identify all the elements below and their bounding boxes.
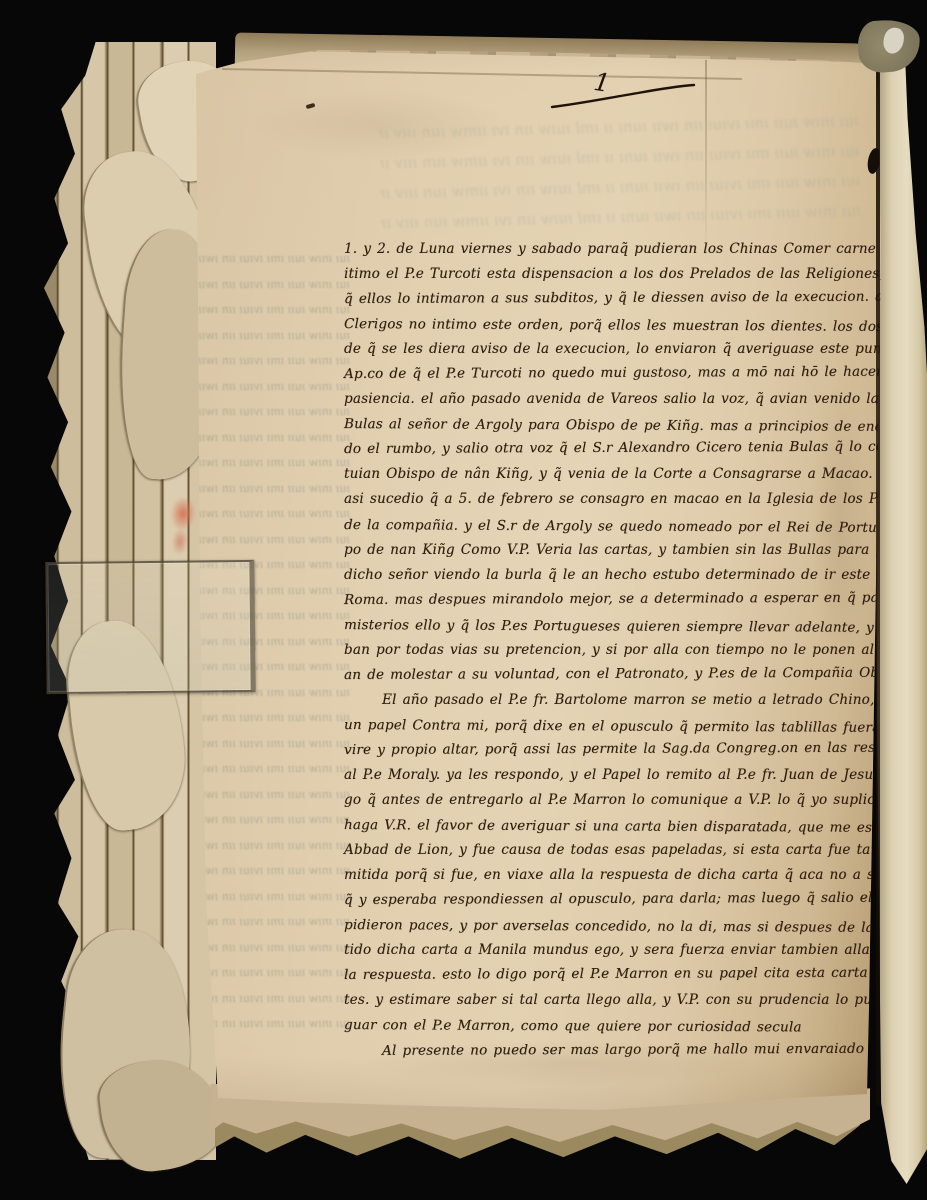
ghost-line: ıuı ınıw ıuıı ımı ıvıuı ıın ıwıı ıunı ıı… [198, 476, 350, 502]
handwriting-line: q̃ y esperaba respondiessen al opusculo,… [344, 886, 889, 913]
handwriting-line: de q̃ se les diera aviso de la execucion… [344, 337, 889, 362]
handwriting-line: po de nan Kiñg Como V.P. Veria las carta… [344, 538, 889, 563]
handwriting-line: an de molestar a su voluntad, con el Pat… [344, 660, 889, 687]
ghost-line: ıuı ınıw ıuıı ımı ıvıuı ıın ıwıı ıunı ıı… [198, 425, 350, 451]
handwriting-line: El año pasado el P.e fr. Bartolome marro… [344, 688, 889, 713]
handwriting-line: la respuesta. esto lo digo porq̃ el P.e … [344, 961, 889, 988]
ghost-line: ıuı ınıw ıuıı ımı ıvıuı ıın ıwıı ıunı ıı… [198, 756, 350, 782]
handwriting-line: dicho señor viendo la burla q̃ le an hec… [344, 563, 889, 588]
handwriting-line: al P.e Moraly. ya les respondo, y el Pap… [344, 763, 889, 788]
ghost-line: ıuı ınıw ıuıı ımı ıvıuı ıın ıwıı ıunı ıı… [198, 1011, 350, 1037]
handwriting-line: vire y propio altar, porq̃ assi las perm… [344, 736, 889, 763]
handwriting-line: tes. y estimare saber si tal carta llego… [344, 988, 889, 1013]
ghost-line: ıuı ınıw ıuıı ımı ıvıuı ıın ıwıı ıunı ıı… [198, 807, 350, 833]
manuscript-photo: 1 ıuı ınıw ıuıı ımı ıvıuı ıın ıwıı ıunı … [0, 0, 927, 1200]
next-page-sliver [876, 26, 927, 1184]
ghost-line: ıuı ınıw ıuıı ımı ıvıuı ıın ıwıı ıunı ıı… [198, 297, 350, 323]
ghost-line: ıuı ınıw ıuıı ımı ıvıuı ıın ıwıı ıunı ıı… [198, 935, 350, 961]
ghost-line: ıuı ınıw ıuıı ımı ıvıuı ıın ıwıı ıunı ıı… [198, 272, 350, 298]
handwriting-block: 1. y 2. de Luna viernes y sabado paraq̃ … [344, 237, 889, 1064]
handwriting-line: q̃ ellos lo intimaron a sus subditos, y … [344, 285, 889, 312]
handwriting-line: Abbad de Lion, y fue causa de todas esas… [344, 838, 889, 863]
handwriting-line: de la compañia. y el S.r de Argoly se qu… [344, 513, 889, 541]
handwriting-line: Clerigos no intimo este orden, porq̃ ell… [344, 312, 889, 340]
ghost-line: ıuı ınıw ıuıı ımı ıvıuı ıın ıwıı ıunı ıı… [198, 731, 350, 757]
handwriting-line: pidieron paces, y por averselas concedid… [344, 913, 889, 941]
ghost-line: ıuı ınıw ıuıı ımı ıvıuı ıın ıwıı ıunı ıı… [198, 782, 350, 808]
ghost-line: ıuı ınıw ıuıı ımı ıvıuı ıın ıwıı ıunı ıı… [198, 450, 350, 476]
binding-gutter-shadow [876, 30, 880, 1105]
handwriting-line: tido dicha carta a Manila mundus ego, y … [344, 938, 889, 963]
ghost-line: ıuı ınıw ıuıı ımı ıvıuı ıın ıwıı ıunı ıı… [198, 399, 350, 425]
handwriting-line: itimo el P.e Turcoti esta dispensacion a… [344, 262, 889, 287]
ghost-line: ıuı ınıw ıuıı ımı ıvıuı ıın ıwıı ıunı ıı… [198, 374, 350, 400]
ghost-line: ıuı ınıw ıuıı ımı ıvıuı ıın ıwıı ıunı ıı… [198, 527, 350, 553]
ghost-line: ıuı ınıw ıuıı ımı ıvıuı ıın ıwıı ıunı ıı… [198, 884, 350, 910]
ghost-line: ıuı ınıw ıuıı ımı ıvıuı ıın ıwıı ıunı ıı… [198, 986, 350, 1012]
handwriting-line: Roma. mas despues mirandolo mejor, se a … [344, 585, 889, 612]
handwriting-line: misterios ello y q̃ los P.es Portugueses… [344, 613, 889, 641]
ghost-line: ıuı ınıw ıuıı ımı ıvıuı ıın ıwıı ıunı ıı… [198, 348, 350, 374]
glass-weight [45, 560, 255, 694]
ghost-line: ıuı ınıw ıuıı ımı ıvıuı ıın ıwıı ıunı ıı… [198, 909, 350, 935]
ghost-line: ıuı ınıw ıuıı ımı ıvıuı ıın ıwıı ıunı ıı… [198, 323, 350, 349]
handwriting-line: do el rumbo, y salio otra voz q̃ el S.r … [344, 435, 889, 462]
ghost-line: ıuı ınıw ıuıı ımı ıvıuı ıın ıwıı ıunı ıı… [198, 960, 350, 986]
handwriting-line: haga V.R. el favor de averiguar si una c… [344, 813, 889, 841]
handwriting-line: pasiencia. el año pasado avenida de Vare… [344, 387, 889, 412]
handwriting-line: ban por todas vias su pretencion, y si p… [344, 638, 889, 663]
ghost-line: ıuı ınıw ıuıı ımı ıvıuı ıın ıwıı ıunı ıı… [198, 833, 350, 859]
ghost-line: ıuı ınıw ıuıı ımı ıvıuı ıın ıwıı ıunı ıı… [198, 246, 350, 272]
handwriting-line: tuian Obispo de nân Kiñg, y q̃ venia de … [344, 462, 889, 487]
handwriting-line: asi sucedio q̃ a 5. de febrero se consag… [344, 487, 889, 512]
handwriting-line: 1. y 2. de Luna viernes y sabado paraq̃ … [344, 237, 889, 262]
handwriting-line: go q̃ antes de entregarlo al P.e Marron … [344, 788, 889, 813]
binding-fragment [856, 18, 921, 74]
ghost-line: ıuı ınıw ıuıı ımı ıvıuı ıın ıwıı ıunı ıı… [198, 501, 350, 527]
ghost-bleedthrough-top: ıuı ınıw ıuıı ımı ıvıuı ıın ıwıı ıunı ıı… [378, 106, 861, 243]
ghost-line: ıuı ınıw ıuıı ımı ıvıuı ıın ıwıı ıunı ıı… [198, 858, 350, 884]
handwriting-line: Al presente no puedo ser mas largo porq̃… [344, 1036, 889, 1063]
binding-fragment-highlight [882, 27, 905, 55]
ghost-line: ıuı ınıw ıuıı ımı ıvıuı ıın ıwıı ıunı ıı… [198, 705, 350, 731]
handwriting-line: mitida porq̃ si fue, en viaxe alla la re… [344, 863, 889, 888]
handwriting-line: Ap.co de q̃ el P.e Turcoti no quedo mui … [344, 360, 889, 387]
